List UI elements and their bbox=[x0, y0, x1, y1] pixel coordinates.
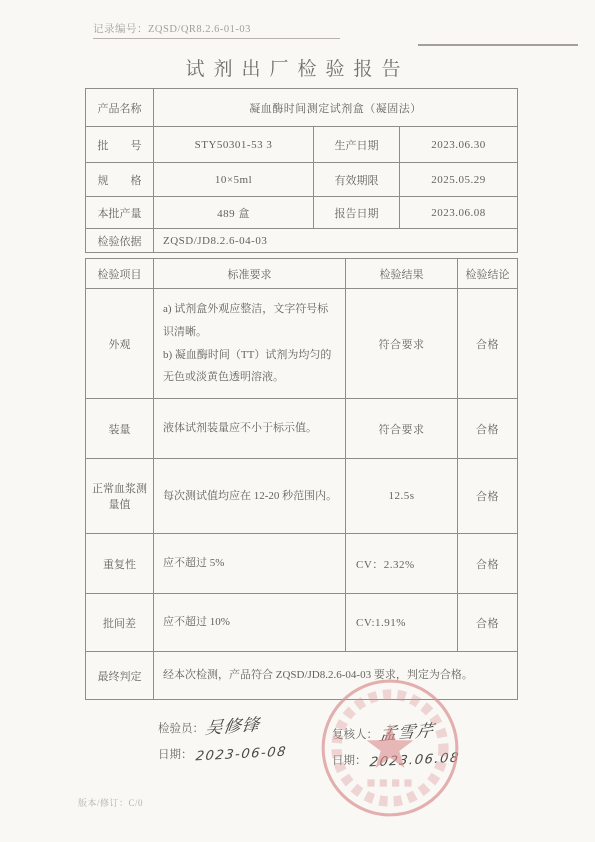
product-name-label: 产品名称 bbox=[86, 89, 154, 127]
table-row: 正常血浆测量值 每次测试值均应在 12-20 秒范围内。 12.5s 合格 bbox=[86, 459, 518, 534]
requirement-line-b: b) 凝血酶时间（TT）试剂为均匀的无色或淡黄色透明溶液。 bbox=[163, 344, 339, 389]
test-item: 外观 bbox=[86, 289, 154, 399]
production-date-value: 2023.06.30 bbox=[400, 127, 518, 163]
test-item: 重复性 bbox=[86, 534, 154, 594]
table-row: 装量 液体试剂装量应不小于标示值。 符合要求 合格 bbox=[86, 399, 518, 459]
spec-value: 10×5ml bbox=[154, 163, 314, 197]
test-item: 正常血浆测量值 bbox=[86, 459, 154, 534]
page-title: 试剂出厂检验报告 bbox=[0, 54, 595, 81]
batch-label: 批 号 bbox=[86, 127, 154, 163]
table-row: 重复性 应不超过 5% CV：2.32% 合格 bbox=[86, 534, 518, 594]
reviewer-signature-block: 复核人：孟雪芹 日期：2023.06.08 bbox=[332, 718, 459, 768]
reviewer-label: 复核人： bbox=[332, 729, 378, 741]
product-name-value: 凝血酶时间测定试剂盒（凝固法） bbox=[154, 89, 518, 127]
reviewer-date: 2023.06.08 bbox=[368, 751, 460, 771]
report-date-label: 报告日期 bbox=[314, 197, 400, 229]
test-item: 装量 bbox=[86, 399, 154, 459]
expiry-value: 2025.05.29 bbox=[400, 163, 518, 197]
col-header-conclusion: 检验结论 bbox=[458, 259, 518, 289]
basis-label: 检验依据 bbox=[86, 229, 154, 253]
table-header-row: 检验项目 标准要求 检验结果 检验结论 bbox=[86, 259, 518, 289]
batch-value: STY50301-53 3 bbox=[154, 127, 314, 163]
reviewer-row: 复核人：孟雪芹 bbox=[332, 718, 459, 743]
table-row: 产品名称 凝血酶时间测定试剂盒（凝固法） bbox=[86, 89, 518, 127]
quantity-value: 489 盒 bbox=[154, 197, 314, 229]
table-row: 本批产量 489 盒 报告日期 2023.06.08 bbox=[86, 197, 518, 229]
version-note: 版本/修订：C/0 bbox=[78, 796, 143, 809]
expiry-label: 有效期限 bbox=[314, 163, 400, 197]
col-header-item: 检验项目 bbox=[86, 259, 154, 289]
reviewer-signature: 孟雪芹 bbox=[378, 716, 436, 745]
table-row: 最终判定 经本次检测，产品符合 ZQSD/JD8.2.6-04-03 要求，判定… bbox=[86, 652, 518, 700]
test-result: 符合要求 bbox=[346, 289, 458, 399]
record-number: 记录编号：ZQSD/QR8.2.6-01-03 bbox=[93, 21, 251, 36]
test-requirement: 每次测试值均应在 12-20 秒范围内。 bbox=[154, 459, 346, 534]
test-result: 符合要求 bbox=[346, 399, 458, 459]
report-date-value: 2023.06.08 bbox=[400, 197, 518, 229]
quantity-label: 本批产量 bbox=[86, 197, 154, 229]
test-conclusion: 合格 bbox=[458, 459, 518, 534]
inspector-date: 2023-06-08 bbox=[194, 745, 287, 765]
test-requirement: a) 试剂盒外观应整洁，文字符号标识清晰。 b) 凝血酶时间（TT）试剂为均匀的… bbox=[154, 289, 346, 399]
reviewer-date-row: 日期：2023.06.08 bbox=[332, 752, 459, 768]
header-underline bbox=[93, 38, 340, 39]
basis-value: ZQSD/JD8.2.6-04-03 bbox=[154, 229, 518, 253]
col-header-requirement: 标准要求 bbox=[154, 259, 346, 289]
test-conclusion: 合格 bbox=[458, 534, 518, 594]
test-conclusion: 合格 bbox=[458, 594, 518, 652]
inspector-signature-block: 检验员：吴修锋 日期：2023-06-08 bbox=[158, 712, 286, 762]
table-row: 规 格 10×5ml 有效期限 2025.05.29 bbox=[86, 163, 518, 197]
final-judgement-label: 最终判定 bbox=[86, 652, 154, 700]
inspector-date-row: 日期：2023-06-08 bbox=[158, 746, 286, 762]
scanned-report-page: 记录编号：ZQSD/QR8.2.6-01-03 试剂出厂检验报告 产品名称 凝血… bbox=[0, 0, 595, 842]
inspector-signature: 吴修锋 bbox=[204, 710, 262, 739]
table-row: 检验依据 ZQSD/JD8.2.6-04-03 bbox=[86, 229, 518, 253]
table-row: 外观 a) 试剂盒外观应整洁，文字符号标识清晰。 b) 凝血酶时间（TT）试剂为… bbox=[86, 289, 518, 399]
test-result: CV：2.32% bbox=[346, 534, 458, 594]
inspector-date-label: 日期： bbox=[158, 749, 193, 761]
col-header-result: 检验结果 bbox=[346, 259, 458, 289]
test-result: 12.5s bbox=[346, 459, 458, 534]
reviewer-date-label: 日期： bbox=[332, 755, 367, 767]
inspection-table: 检验项目 标准要求 检验结果 检验结论 外观 a) 试剂盒外观应整洁，文字符号标… bbox=[85, 258, 518, 700]
table-row: 批间差 应不超过 10% CV:1.91% 合格 bbox=[86, 594, 518, 652]
test-result: CV:1.91% bbox=[346, 594, 458, 652]
product-info-table: 产品名称 凝血酶时间测定试剂盒（凝固法） 批 号 STY50301-53 3 生… bbox=[85, 88, 518, 253]
test-item: 批间差 bbox=[86, 594, 154, 652]
test-conclusion: 合格 bbox=[458, 289, 518, 399]
inspector-label: 检验员： bbox=[158, 723, 204, 735]
table-row: 批 号 STY50301-53 3 生产日期 2023.06.30 bbox=[86, 127, 518, 163]
test-conclusion: 合格 bbox=[458, 399, 518, 459]
record-number-label: 记录编号： bbox=[93, 24, 148, 35]
test-requirement: 应不超过 5% bbox=[154, 534, 346, 594]
record-number-value: ZQSD/QR8.2.6-01-03 bbox=[148, 24, 251, 35]
production-date-label: 生产日期 bbox=[314, 127, 400, 163]
requirement-line-a: a) 试剂盒外观应整洁，文字符号标识清晰。 bbox=[163, 298, 339, 343]
test-requirement: 应不超过 10% bbox=[154, 594, 346, 652]
test-requirement: 液体试剂装量应不小于标示值。 bbox=[154, 399, 346, 459]
final-judgement-text: 经本次检测，产品符合 ZQSD/JD8.2.6-04-03 要求，判定为合格。 bbox=[154, 652, 518, 700]
header-right-line bbox=[418, 44, 578, 46]
spec-label: 规 格 bbox=[86, 163, 154, 197]
inspector-row: 检验员：吴修锋 bbox=[158, 712, 286, 737]
